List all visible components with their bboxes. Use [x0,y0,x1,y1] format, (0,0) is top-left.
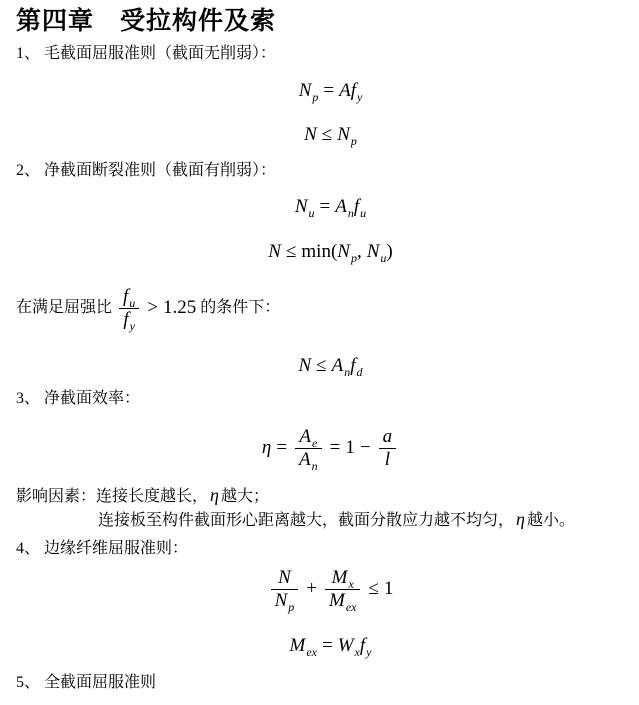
fraction: MxMex [325,567,360,612]
formula-np-def: Np=Afy [16,77,621,104]
eta-symbol: η [210,485,219,505]
fraction: NNp [271,567,299,612]
formula-interaction: NNp+MxMex≤1 [16,567,621,612]
factors-text-2: 越大； [221,488,269,505]
factors-line-2: 连接板至构件截面形心距离越大，截面分散应力越不均匀，η越小。 [16,509,621,531]
condition-suffix: 的条件下： [200,299,280,316]
fraction: al [379,426,397,471]
formula-n-le-np: N≤Np [16,121,621,148]
factors-label: 影响因素： [16,488,96,505]
item-3: 3、 净截面效率： [16,388,621,409]
formula-nu-def: Nu=Anfu [16,193,621,220]
formula-ratio: fufy>1.25 [116,286,196,331]
formula-n-le-min: N≤min(Np,Nu) [16,238,621,265]
fraction: fufy [119,286,139,331]
item-1: 1、 毛截面屈服准则（截面无削弱）： [16,43,621,64]
factors-text-3: 连接板至构件截面形心距离越大，截面分散应力越不均匀， [98,512,514,529]
document-page: 第四章 受拉构件及索 1、 毛截面屈服准则（截面无削弱）： Np=Afy N≤N… [0,0,639,705]
item-4: 4、 边缘纤维屈服准则： [16,538,621,559]
formula-mex-def: Mex=Wxfy [16,632,621,659]
formula-eta: η=AeAn=1−al [16,426,621,471]
chapter-title: 第四章 受拉构件及索 [16,8,621,36]
condition-prefix: 在满足屈强比 [16,299,112,316]
factors-text-1: 连接长度越长， [96,488,208,505]
formula-n-le-anfd: N≤Anfd [16,352,621,379]
item-5: 5、 全截面屈服准则 [16,672,621,693]
factors-text-4: 越小。 [527,512,575,529]
condition-line: 在满足屈强比fufy>1.25的条件下： [16,286,621,331]
eta-symbol: η [516,509,525,529]
fraction: AeAn [295,426,322,471]
item-2: 2、 净截面断裂准则（截面有削弱）： [16,160,621,181]
factors-line-1: 影响因素：连接长度越长，η越大； [16,485,621,507]
